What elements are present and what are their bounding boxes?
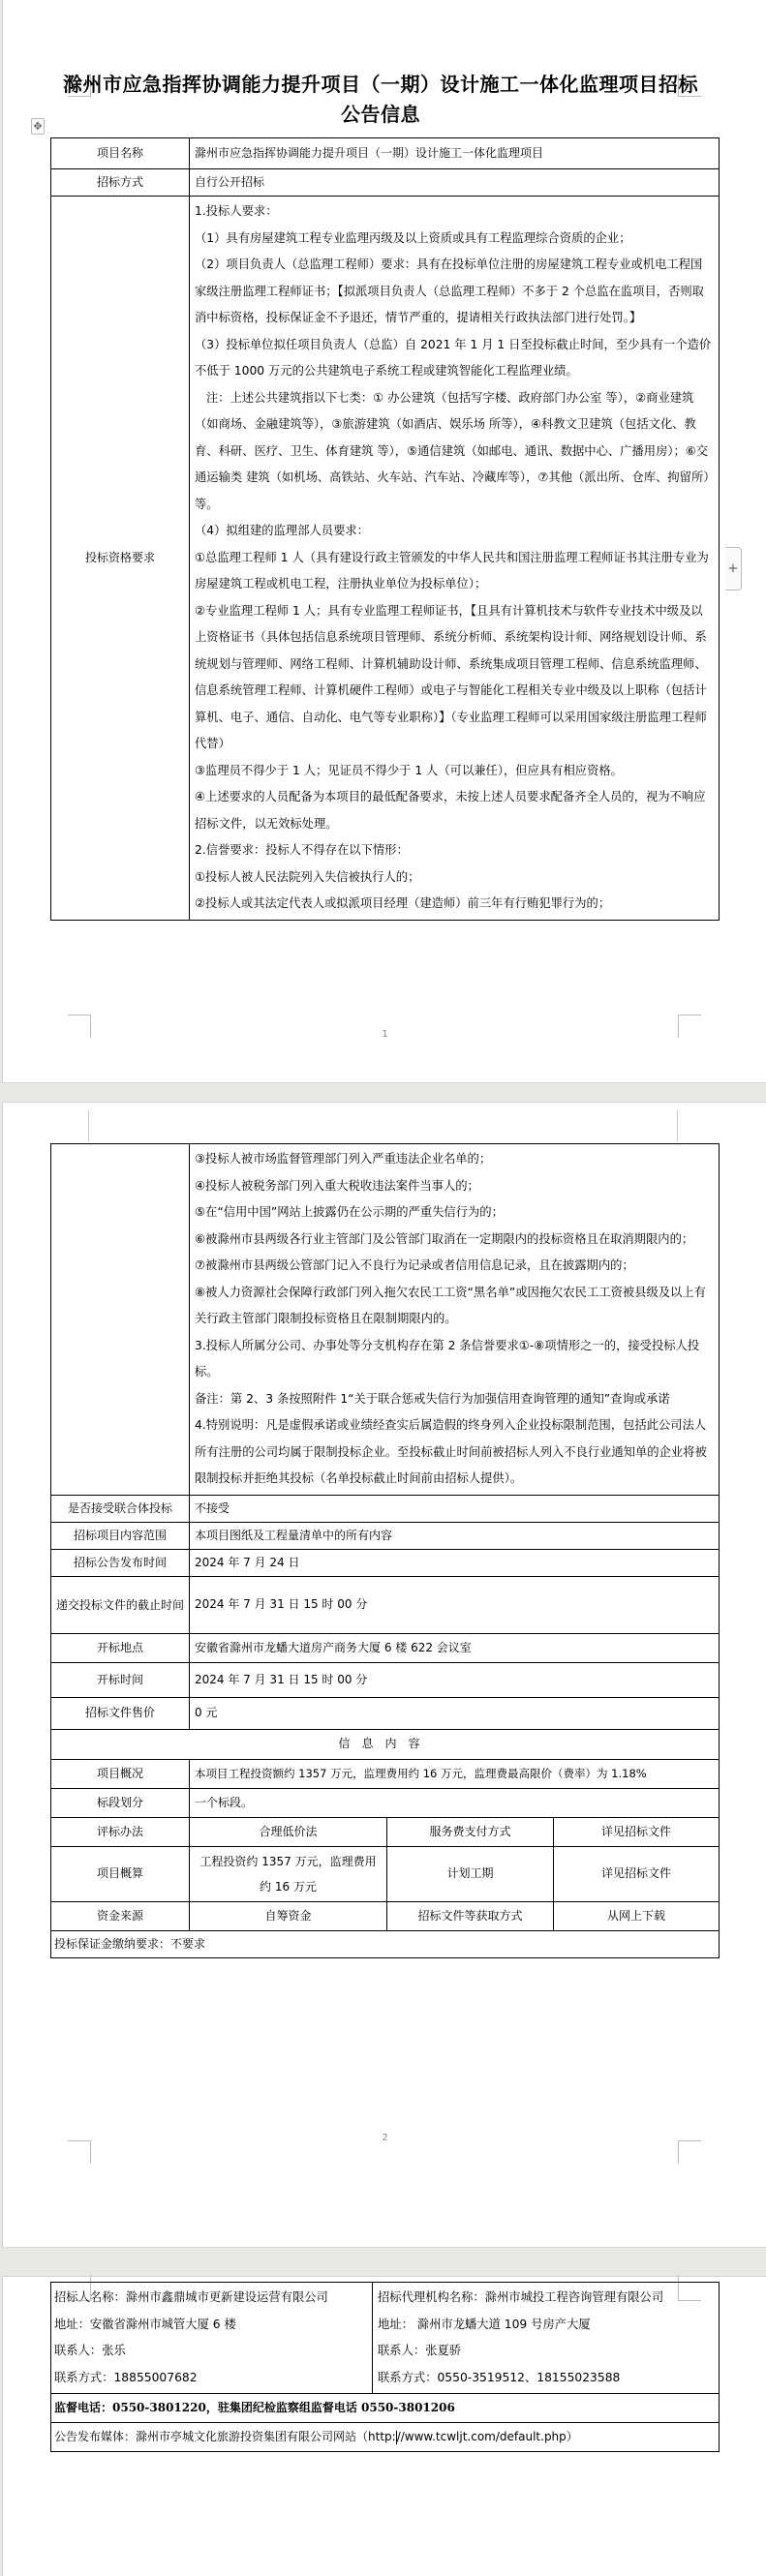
table-row: 信息内容 [51,1729,720,1759]
cell-value: 2024 年 7 月 31 日 15 时 00 分 [190,1662,720,1697]
cell-value: 安徽省滁州市龙蟠大道房产商务大厦 6 楼 622 会议室 [190,1633,720,1662]
publication-media: 公告发布媒体：滁州市亭城文化旅游投资集团有限公司网站（http://www.tc… [51,2423,720,2452]
cell-label: 项目概况 [51,1759,190,1788]
table-row: 开标时间 2024 年 7 月 31 日 15 时 00 分 [51,1662,720,1697]
paragraph: ⑤在“信用中国”网站上披露仍在公示期的严重失信行为的； [195,1199,714,1227]
cell-value: 详见招标文件 [554,1846,720,1901]
tender-info-table-continued: ③投标人被市场监督管理部门列入严重违法企业名单的； ④投标人被税务部门列入重大税… [50,1143,720,1958]
paragraph: ①总监理工程师 1 人（具有建设行政主管颁发的中华人民共和国注册监理工程师证书其… [195,545,714,598]
table-row: 公告发布媒体：滁州市亭城文化旅游投资集团有限公司网站（http://www.tc… [51,2423,720,2452]
cell-value: 合理低价法 [190,1817,387,1846]
cell-value: 0 元 [190,1697,720,1729]
document-page-3: 招标人名称：滁州市鑫鼎城市更新建设运营有限公司 地址：安徽省滁州市城管大厦 6 … [2,2276,766,2576]
table-row: 投标保证金缴纳要求：不要求 [51,1930,720,1957]
cell-label: 项目概算 [51,1846,190,1901]
paragraph: 备注：第 2、3 条按照附件 1“关于联合惩戒失信行为加强信用查询管理的通知”查… [195,1386,714,1413]
agency-info: 招标代理机构名称：滁州市城投工程咨询管理有限公司 地址： 滁州市龙蟠大道 109… [373,2283,720,2394]
paragraph: ④上述要求的人员配备为本项目的最低配备要求，未按上述人员要求配备齐全人员的，视为… [195,784,714,837]
cell-value: 不接受 [190,1495,720,1522]
agency-name: 招标代理机构名称：滁州市城投工程咨询管理有限公司 [378,2285,714,2312]
tenderer-name: 招标人名称：滁州市鑫鼎城市更新建设运营有限公司 [54,2285,369,2312]
tenderer-phone: 联系方式：18855007682 [54,2365,369,2392]
table-row: 是否接受联合体投标 不接受 [51,1495,720,1522]
table-row: 资金来源 自筹资金 招标文件等获取方式 从网上下载 [51,1901,720,1930]
paragraph: （1）具有房屋建筑工程专业监理丙级及以上资质或具有工程监理综合资质的企业； [195,226,714,253]
cell-label: 招标文件等获取方式 [387,1901,554,1930]
paragraph: 注：上述公共建筑指以下七类：① 办公建筑（包括写字楼、政府部门办公室 等），②商… [195,385,714,519]
crop-mark [678,2140,701,2164]
cell-label: 是否接受联合体投标 [51,1495,190,1522]
table-row: 招标人名称：滁州市鑫鼎城市更新建设运营有限公司 地址：安徽省滁州市城管大厦 6 … [51,2283,720,2394]
paragraph: （3）投标单位拟任项目负责人（总监）自 2021 年 1 月 1 日至投标截止时… [195,332,714,385]
cell-label: 招标公告发布时间 [51,1549,190,1576]
media-url[interactable]: //www.tcwljt.com/default.php） [397,2430,578,2443]
cell-label: 评标办法 [51,1817,190,1846]
cell-value: 2024 年 7 月 31 日 15 时 00 分 [190,1576,720,1633]
agency-contact: 联系人：张夏骄 [378,2338,714,2365]
page-number: 2 [3,2133,766,2143]
table-row: 监督电话：0550-3801220，驻集团纪检监察组监督电话 0550-3801… [51,2394,720,2423]
table-move-handle-icon[interactable]: ✥ [31,118,45,135]
table-row: ③投标人被市场监督管理部门列入严重违法企业名单的； ④投标人被税务部门列入重大税… [51,1144,720,1496]
table-row: 招标项目内容范围 本项目图纸及工程量清单中的所有内容 [51,1522,720,1549]
cell-label: 招标方式 [51,169,190,197]
table-row: 开标地点 安徽省滁州市龙蟠大道房产商务大厦 6 楼 622 会议室 [51,1633,720,1662]
cell-value: 自行公开招标 [190,169,720,197]
cell-label-empty [51,1144,190,1496]
table-row: 评标办法 合理低价法 服务费支付方式 详见招标文件 [51,1817,720,1846]
tenderer-contact: 联系人：张乐 [54,2338,369,2365]
table-row: 递交投标文件的截止时间 2024 年 7 月 31 日 15 时 00 分 [51,1576,720,1633]
cell-label: 招标项目内容范围 [51,1522,190,1549]
agency-phone: 联系方式：0550-3519512、18155023588 [378,2365,714,2392]
cell-value: 本项目图纸及工程量清单中的所有内容 [190,1522,720,1549]
paragraph: ⑦被滁州市县两级公管部门记入不良行为记录或者信用信息记录，且在披露期内的； [195,1253,714,1280]
cell-label: 投标资格要求 [51,197,190,921]
cell-value: 工程投资约 1357 万元，监理费用约 16 万元 [190,1846,387,1901]
cell-label: 资金来源 [51,1901,190,1930]
paragraph: 1.投标人要求： [195,198,714,226]
contact-table: 招标人名称：滁州市鑫鼎城市更新建设运营有限公司 地址：安徽省滁州市城管大厦 6 … [50,2282,720,2452]
cell-value: 2024 年 7 月 24 日 [190,1549,720,1576]
paragraph: ②专业监理工程师 1 人；具有专业监理工程师证书，【且具有计算机技术与软件专业技… [195,598,714,758]
supervision-phone: 监督电话：0550-3801220，驻集团纪检监察组监督电话 0550-3801… [51,2394,720,2423]
table-row: 招标公告发布时间 2024 年 7 月 24 日 [51,1549,720,1576]
cell-value: 详见招标文件 [554,1817,720,1846]
section-heading: 信息内容 [51,1729,720,1759]
cell-label: 招标文件售价 [51,1697,190,1729]
paragraph: 2.信誉要求：投标人不得存在以下情形： [195,837,714,864]
table-row: 标段划分 一个标段。 [51,1788,720,1817]
paragraph: ⑥被滁州市县两级各行业主管部门及公管部门取消在一定期限内的投标资格且在取消期限内… [195,1227,714,1254]
qualification-content: 1.投标人要求： （1）具有房屋建筑工程专业监理丙级及以上资质或具有工程监理综合… [190,197,720,921]
paragraph: ⑧被人力资源社会保障行政部门列入拖欠农民工工资“黑名单”或因拖欠农民工工资被县级… [195,1280,714,1333]
margin-line [88,1110,89,1141]
page-number: 1 [3,1029,766,1040]
table-row: 项目概况 本项目工程投资额约 1357 万元，监理费用约 16 万元，监理费最高… [51,1759,720,1788]
cell-label: 开标地点 [51,1633,190,1662]
table-row: 招标文件售价 0 元 [51,1697,720,1729]
paragraph: （4）拟组建的监理部人员要求： [195,518,714,545]
document-title: 滁州市应急指挥协调能力提升项目（一期）设计施工一体化监理项目招标公告信息 [61,70,700,130]
cell-label: 开标时间 [51,1662,190,1697]
paragraph: ②投标人或其法定代表人或拟派项目经理（建造师）前三年有行贿犯罪行为的； [195,891,714,918]
document-page-2: ③投标人被市场监督管理部门列入严重违法企业名单的； ④投标人被税务部门列入重大税… [2,1102,766,2248]
cell-value: 滁州市应急指挥协调能力提升项目（一期）设计施工一体化监理项目 [190,138,720,169]
paragraph: ①投标人被人民法院列入失信被执行人的； [195,864,714,892]
cell-value: 一个标段。 [190,1788,720,1817]
table-row: 投标资格要求 1.投标人要求： （1）具有房屋建筑工程专业监理丙级及以上资质或具… [51,197,720,921]
add-row-icon[interactable]: + [725,547,742,591]
cell-value: 本项目工程投资额约 1357 万元，监理费用约 16 万元，监理费最高限价（费率… [190,1759,720,1788]
qualification-content-continued: ③投标人被市场监督管理部门列入严重违法企业名单的； ④投标人被税务部门列入重大税… [190,1144,720,1496]
paragraph: （2）项目负责人（总监理工程师）要求：具有在投标单位注册的房屋建筑工程专业或机电… [195,252,714,332]
tenderer-address: 地址：安徽省滁州市城管大厦 6 楼 [54,2312,369,2339]
crop-mark [68,2140,91,2164]
cell-label: 服务费支付方式 [387,1817,554,1846]
tender-info-table: 项目名称 滁州市应急指挥协调能力提升项目（一期）设计施工一体化监理项目 招标方式… [50,137,720,921]
table-row: 招标方式 自行公开招标 [51,169,720,197]
deposit-requirement: 投标保证金缴纳要求：不要求 [51,1930,720,1957]
tenderer-info: 招标人名称：滁州市鑫鼎城市更新建设运营有限公司 地址：安徽省滁州市城管大厦 6 … [51,2283,373,2394]
cell-label: 标段划分 [51,1788,190,1817]
table-row: 项目概算 工程投资约 1357 万元，监理费用约 16 万元 计划工期 详见招标… [51,1846,720,1901]
table-row: 项目名称 滁州市应急指挥协调能力提升项目（一期）设计施工一体化监理项目 [51,138,720,169]
paragraph: ③投标人被市场监督管理部门列入严重违法企业名单的； [195,1146,714,1173]
paragraph: 3.投标人所属分公司、办事处等分支机构存在第 2 条信誉要求①-⑧项情形之一的，… [195,1333,714,1386]
paragraph: 4.特别说明：凡是虚假承诺或业绩经查实后属造假的终身列入企业投标限制范围，包括此… [195,1412,714,1493]
cell-label: 递交投标文件的截止时间 [51,1576,190,1633]
cell-label: 项目名称 [51,138,190,169]
agency-address: 地址： 滁州市龙蟠大道 109 号房产大厦 [378,2312,714,2339]
document-page-1: 滁州市应急指挥协调能力提升项目（一期）设计施工一体化监理项目招标公告信息 ✥ +… [2,0,766,1083]
cell-value: 从网上下载 [554,1901,720,1930]
margin-line [677,1110,678,1141]
cell-value: 自筹资金 [190,1901,387,1930]
paragraph: ④投标人被税务部门列入重大税收违法案件当事人的； [195,1173,714,1200]
paragraph: ③监理员不得少于 1 人；见证员不得少于 1 人（可以兼任），但应具有相应资格。 [195,758,714,785]
media-text: 公告发布媒体：滁州市亭城文化旅游投资集团有限公司网站（http: [54,2430,396,2443]
cell-label: 计划工期 [387,1846,554,1901]
